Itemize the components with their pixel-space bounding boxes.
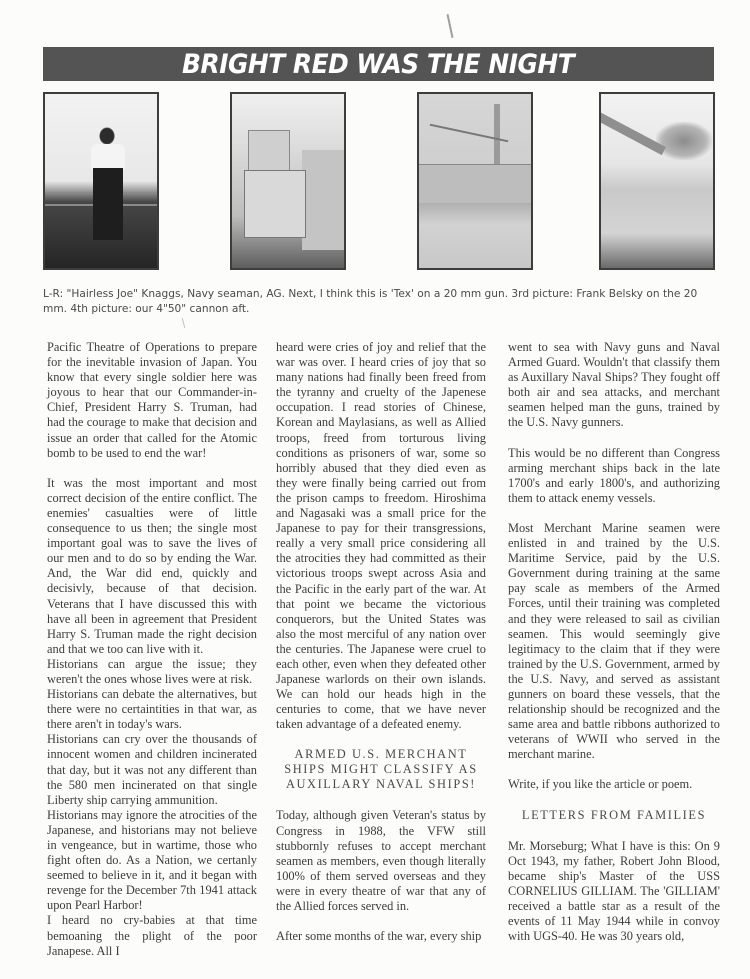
photo-tex-20mm-gun (230, 92, 346, 270)
photo-detail (302, 150, 346, 250)
photo-detail (656, 122, 712, 160)
paragraph: Write, if you like the article or poem. (508, 777, 720, 792)
photo-caption: L-R: "Hairless Joe" Knaggs, Navy seaman,… (43, 287, 718, 317)
photo-detail (419, 164, 531, 203)
article-title: BRIGHT RED WAS THE NIGHT (182, 49, 574, 80)
section-heading: LETTERS FROM FAMILIES (508, 808, 720, 823)
paragraph: This would be no different than Congress… (508, 446, 720, 506)
paragraph: Most Merchant Marine seamen were enliste… (508, 521, 720, 763)
photo-detail (494, 104, 500, 164)
text-column-3: went to sea with Navy guns and Naval Arm… (508, 340, 720, 944)
paragraph: Historians can argue the issue; they wer… (47, 657, 257, 687)
photo-detail (91, 144, 125, 170)
paragraph: I heard no cry-babies at that time bemoa… (47, 913, 257, 958)
paragraph: Historians can debate the alternatives, … (47, 687, 257, 732)
photo-detail (93, 168, 123, 240)
article-title-banner: BRIGHT RED WAS THE NIGHT (43, 47, 714, 81)
paragraph: Historians may ignore the atrocities of … (47, 808, 257, 914)
text-column-1: Pacific Theatre of Operations to prepare… (47, 340, 257, 959)
paragraph: After some months of the war, every ship (276, 929, 486, 944)
paragraph: Pacific Theatre of Operations to prepare… (47, 340, 257, 461)
paragraph: Today, although given Veteran's status b… (276, 808, 486, 914)
photo-detail (244, 170, 306, 238)
scan-mark (447, 14, 454, 38)
scan-mark (182, 318, 186, 328)
text-column-2: heard were cries of joy and relief that … (276, 340, 486, 944)
photo-frank-belsky-20mm (417, 92, 533, 270)
section-heading: ARMED U.S. MERCHANT SHIPS MIGHT CLASSIFY… (276, 747, 486, 792)
paragraph: Historians can cry over the thousands of… (47, 732, 257, 807)
photo-detail (248, 130, 290, 174)
photo-hairless-joe-knaggs (43, 92, 159, 270)
paragraph: heard were cries of joy and relief that … (276, 340, 486, 732)
paragraph: went to sea with Navy guns and Naval Arm… (508, 340, 720, 431)
paragraph: Mr. Morseburg; What I have is this: On 9… (508, 839, 720, 945)
photo-cannon-aft (599, 92, 715, 270)
paragraph: It was the most important and most corre… (47, 476, 257, 657)
